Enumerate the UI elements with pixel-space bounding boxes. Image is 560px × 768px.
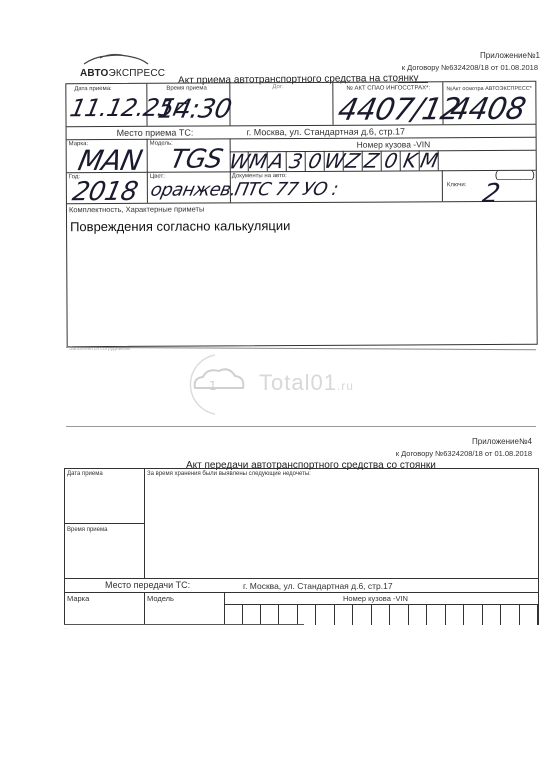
watermark: 1 Total01.ru [185,352,365,417]
vin-char-box[interactable]: 0 [382,150,401,170]
act-inspection-field[interactable]: 4408 [450,92,525,127]
docs-field[interactable]: ПТС 77 УО : [235,179,338,201]
vin-empty-box[interactable] [261,605,279,625]
appendix-4-label: Приложение№4 [472,437,532,446]
vin-empty-box[interactable] [520,605,538,625]
keys-label: Ключи: [447,182,467,188]
appendix-1-label: Приложение№1 [480,51,540,60]
act-ingos-label: № АКТ СПАО ИНГОССТРАХ*: [346,85,430,91]
bottom-mark: ··· [64,626,68,631]
logo-part1: АВТО [80,68,109,79]
vin-char-box[interactable]: M [420,150,439,170]
vin-empty-box[interactable] [353,605,371,625]
vin-empty-box[interactable] [242,605,260,625]
color-field[interactable]: оранжев. [151,179,236,200]
vin-field[interactable]: WMA30WZZ0KM [230,150,440,171]
vin-char-box[interactable]: Z [344,151,363,171]
vin-char-box[interactable]: 0 [306,151,325,171]
contract-ref-2: к Договору №6324208/18 от 01.08.2018 [396,449,532,458]
form2-table: Дата приема Время приема За время хранен… [64,468,539,625]
extra-label: Дог: [272,84,283,90]
vin-char-box[interactable]: M [249,151,268,171]
form1-table: Дата приема: 11.12.25г Время приема 14:3… [65,81,537,347]
vin-char-box[interactable]: K [401,150,420,170]
vin-empty-box[interactable] [446,605,464,625]
company-logo: АВТОЭКСПРЕСС [80,52,152,79]
keys-field[interactable]: 2 [483,178,499,209]
vin-empty-box[interactable] [316,605,334,625]
vin-empty-box[interactable] [464,605,482,625]
completeness-label: Комплектность, Характерные приметы [69,205,204,215]
place-label-2: Место передачи ТС: [105,580,190,590]
time-label: Время приема [166,85,206,91]
time-label-2: Время приема [67,527,107,533]
defects-field[interactable] [147,479,535,575]
vin-empty-box[interactable] [335,605,353,625]
vin-char-box[interactable]: W [230,151,249,171]
make-field[interactable]: MAN [79,144,142,177]
make-label-2: Марка [67,594,89,603]
watermark-text: Total01 [259,370,337,395]
model-label: Модель: [150,141,173,147]
vin-empty-box[interactable] [390,605,408,625]
date-label-2: Дата приема [67,471,103,477]
logo-part2: ЭКСПРЕСС [109,68,166,79]
contract-ref-1: к Договору №6324208/18 от 01.08.2018 [402,63,538,72]
watermark-suffix: .ru [337,379,354,393]
vin-empty-box[interactable] [279,605,297,625]
vin-empty-box[interactable] [224,605,243,625]
model-field[interactable]: TGS [171,143,222,174]
defects-label: За время хранения были выявлены следующи… [147,471,311,477]
vin-empty-box[interactable] [483,605,501,625]
vin-empty-box[interactable] [427,605,445,625]
place-label: Место приема ТС: [117,128,194,138]
date-field-2[interactable] [67,479,141,521]
date-label: Дата приема: [74,86,111,92]
car-cloud-logo-icon: 1 [185,352,255,417]
car-silhouette-icon [80,53,152,65]
model-label-2: Модель [147,594,174,603]
vin-empty-box[interactable] [298,605,316,625]
time-field[interactable]: 14:30 [158,93,231,124]
completeness-field[interactable]: Повреждения согласно калькуляции [70,218,290,234]
vin-empty-box[interactable] [409,605,427,625]
vin-label-2: Номер кузова -VIN [343,594,408,603]
place-value: г. Москва, ул. Стандартная д.6, стр.17 [247,126,405,137]
vin-char-box[interactable]: W [325,151,344,171]
vin-char-box[interactable]: Z [363,151,382,171]
vin-char-box[interactable]: A [268,151,287,171]
vin-empty-box[interactable] [372,605,390,625]
year-field[interactable]: 2018 [73,176,137,207]
vin-field-2[interactable] [224,605,538,625]
vin-char-box[interactable]: 3 [287,151,306,171]
place-value-2: г. Москва, ул. Стандартная д.6, стр.17 [243,581,393,591]
act-ingos-field[interactable]: 4407/12 [338,92,459,128]
vin-empty-box[interactable] [501,605,519,625]
time-field-2[interactable] [67,535,141,575]
svg-text:1: 1 [209,379,217,393]
keys-paren: (______) [495,170,535,181]
